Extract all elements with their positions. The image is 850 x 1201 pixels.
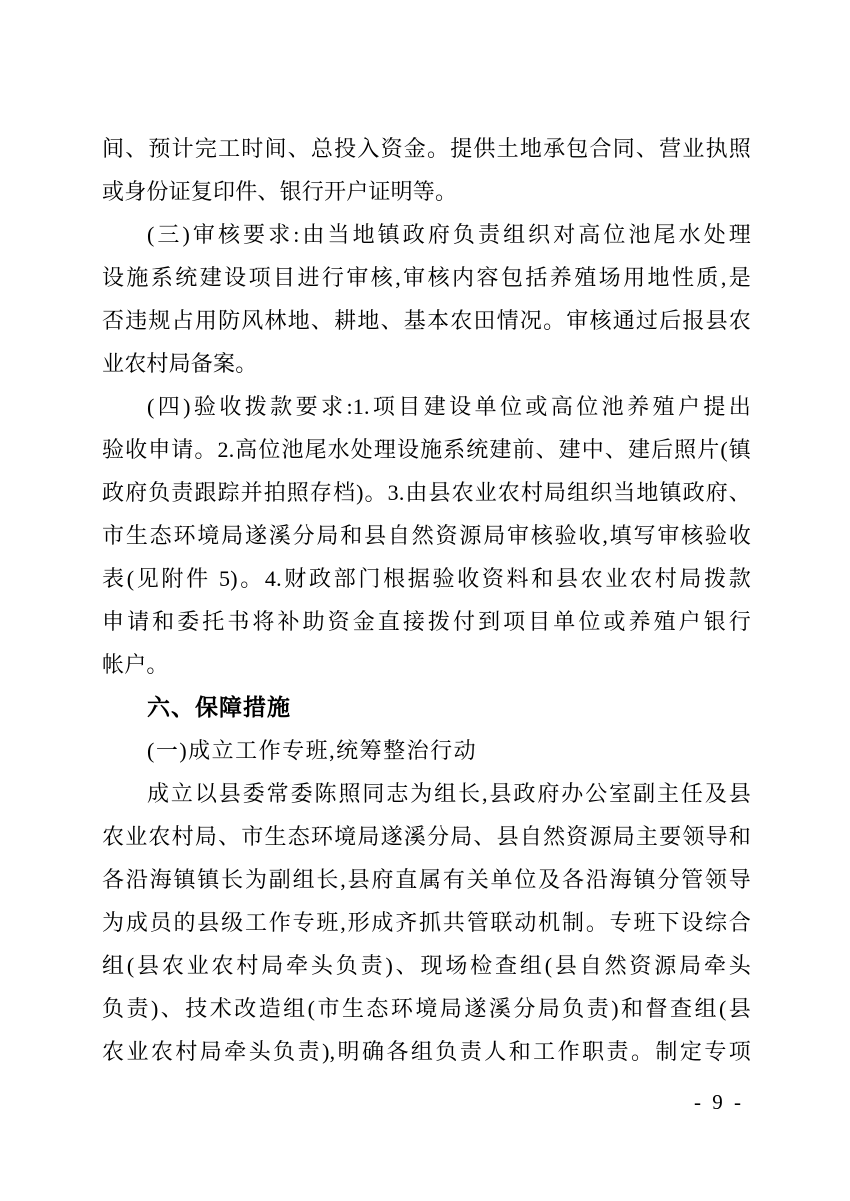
subsection-heading: (一)成立工作专班,统筹整治行动 bbox=[102, 729, 751, 772]
paragraph-line: 验收申请。2.高位池尾水处理设施系统建前、建中、建后照片(镇 bbox=[102, 428, 751, 471]
document-text-block: 间、预计完工时间、总投入资金。提供土地承包合同、营业执照 或身份证复印件、银行开… bbox=[102, 127, 751, 1073]
paragraph-line: 农业农村局、市生态环境局遂溪分局、县自然资源局主要领导和 bbox=[102, 815, 751, 858]
paragraph-line: 业农村局备案。 bbox=[102, 342, 751, 385]
paragraph-line: 或身份证复印件、银行开户证明等。 bbox=[102, 170, 751, 213]
paragraph-line: 表(见附件 5)。4.财政部门根据验收资料和县农业农村局拨款 bbox=[102, 557, 751, 600]
page-number: - 9 - bbox=[686, 1088, 752, 1116]
paragraph-line: 各沿海镇镇长为副组长,县府直属有关单位及各沿海镇分管领导 bbox=[102, 858, 751, 901]
paragraph-line: 农业农村局牵头负责),明确各组负责人和工作职责。制定专项 bbox=[102, 1030, 751, 1073]
paragraph-line: 组(县农业农村局牵头负责)、现场检查组(县自然资源局牵头 bbox=[102, 944, 751, 987]
paragraph-line: (四)验收拨款要求:1.项目建设单位或高位池养殖户提出 bbox=[102, 385, 751, 428]
paragraph-line: 成立以县委常委陈照同志为组长,县政府办公室副主任及县 bbox=[102, 772, 751, 815]
paragraph-line: 间、预计完工时间、总投入资金。提供土地承包合同、营业执照 bbox=[102, 127, 751, 170]
paragraph-line: 否违规占用防风林地、耕地、基本农田情况。审核通过后报县农 bbox=[102, 299, 751, 342]
paragraph-line: 市生态环境局遂溪分局和县自然资源局审核验收,填写审核验收 bbox=[102, 514, 751, 557]
document-page: 间、预计完工时间、总投入资金。提供土地承包合同、营业执照 或身份证复印件、银行开… bbox=[0, 0, 850, 1201]
paragraph-line: 政府负责跟踪并拍照存档)。3.由县农业农村局组织当地镇政府、 bbox=[102, 471, 751, 514]
paragraph-line: 为成员的县级工作专班,形成齐抓共管联动机制。专班下设综合 bbox=[102, 901, 751, 944]
paragraph-line: (三)审核要求:由当地镇政府负责组织对高位池尾水处理 bbox=[102, 213, 751, 256]
paragraph-line: 帐户。 bbox=[102, 643, 751, 686]
section-heading: 六、保障措施 bbox=[102, 686, 751, 729]
paragraph-line: 申请和委托书将补助资金直接拨付到项目单位或养殖户银行 bbox=[102, 600, 751, 643]
paragraph-line: 设施系统建设项目进行审核,审核内容包括养殖场用地性质,是 bbox=[102, 256, 751, 299]
paragraph-line: 负责)、技术改造组(市生态环境局遂溪分局负责)和督查组(县 bbox=[102, 987, 751, 1030]
